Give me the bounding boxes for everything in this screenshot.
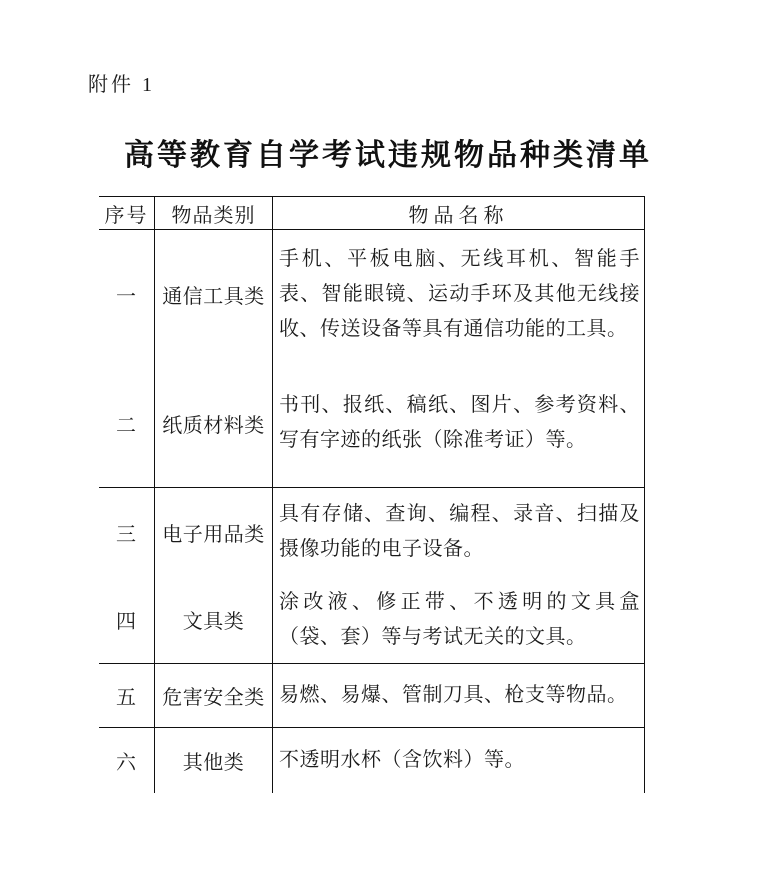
- row-serial-number-cell: 六: [99, 728, 155, 793]
- document-page: 附件 1 高等教育自学考试违规物品种类清单 序号 物品类别 物品名称 一 通信工…: [0, 0, 758, 886]
- row-category: 纸质材料类: [162, 409, 265, 438]
- table-row: 一 通信工具类 手机、平板电脑、无线耳机、智能手表、智能眼镜、运动手环及其他无线…: [99, 230, 644, 359]
- row-serial-number-cell: 二: [99, 359, 155, 487]
- row-serial-number: 二: [116, 409, 137, 438]
- row-items-cell: 手机、平板电脑、无线耳机、智能手表、智能眼镜、运动手环及其他无线接收、传送设备等…: [273, 230, 644, 359]
- row-items-cell: 书刊、报纸、稿纸、图片、参考资料、写有字迹的纸张（除准考证）等。: [273, 359, 644, 487]
- row-category: 文具类: [183, 605, 245, 634]
- row-serial-number: 三: [116, 518, 137, 547]
- row-items-cell: 具有存储、查询、编程、录音、扫描及摄像功能的电子设备。: [273, 488, 644, 576]
- row-category: 危害安全类: [162, 681, 265, 710]
- table-row: 三 电子用品类 具有存储、查询、编程、录音、扫描及摄像功能的电子设备。: [99, 488, 644, 576]
- row-serial-number: 一: [116, 280, 137, 309]
- table-row: 五 危害安全类 易燃、易爆、管制刀具、枪支等物品。: [99, 664, 644, 728]
- header-item-category: 物品类别: [155, 197, 273, 229]
- row-category-cell: 文具类: [155, 576, 273, 663]
- row-items-text: 涂改液、修正带、不透明的文具盒（袋、套）等与考试无关的文具。: [273, 585, 644, 655]
- row-category-cell: 危害安全类: [155, 664, 273, 727]
- row-items-text: 具有存储、查询、编程、录音、扫描及摄像功能的电子设备。: [273, 497, 644, 567]
- row-items-cell: 易燃、易爆、管制刀具、枪支等物品。: [273, 664, 644, 727]
- row-serial-number-cell: 三: [99, 488, 155, 576]
- row-serial-number-cell: 一: [99, 230, 155, 359]
- row-items-text: 手机、平板电脑、无线耳机、智能手表、智能眼镜、运动手环及其他无线接收、传送设备等…: [273, 242, 644, 347]
- table-header-row: 序号 物品类别 物品名称: [99, 197, 644, 230]
- row-category: 电子用品类: [162, 518, 265, 547]
- row-items-text: 易燃、易爆、管制刀具、枪支等物品。: [273, 678, 644, 713]
- table-row: 四 文具类 涂改液、修正带、不透明的文具盒（袋、套）等与考试无关的文具。: [99, 576, 644, 664]
- row-serial-number-cell: 四: [99, 576, 155, 663]
- prohibited-items-table: 序号 物品类别 物品名称 一 通信工具类 手机、平板电脑、无线耳机、智能手表、智…: [99, 196, 645, 793]
- row-serial-number-cell: 五: [99, 664, 155, 727]
- row-category-cell: 通信工具类: [155, 230, 273, 359]
- row-category: 其他类: [183, 746, 245, 775]
- row-serial-number: 五: [116, 681, 137, 710]
- header-item-name: 物品名称: [273, 197, 644, 229]
- row-category-cell: 其他类: [155, 728, 273, 793]
- table-row: 二 纸质材料类 书刊、报纸、稿纸、图片、参考资料、写有字迹的纸张（除准考证）等。: [99, 359, 644, 488]
- row-category: 通信工具类: [162, 280, 265, 309]
- header-serial-number: 序号: [99, 197, 155, 229]
- row-items-cell: 不透明水杯（含饮料）等。: [273, 728, 644, 793]
- row-category-cell: 纸质材料类: [155, 359, 273, 487]
- row-items-text: 书刊、报纸、稿纸、图片、参考资料、写有字迹的纸张（除准考证）等。: [273, 388, 644, 458]
- page-title: 高等教育自学考试违规物品种类清单: [30, 130, 746, 174]
- attachment-label: 附件 1: [88, 68, 155, 97]
- row-serial-number: 四: [116, 605, 137, 634]
- row-serial-number: 六: [116, 746, 137, 775]
- row-items-cell: 涂改液、修正带、不透明的文具盒（袋、套）等与考试无关的文具。: [273, 576, 644, 663]
- row-items-text: 不透明水杯（含饮料）等。: [273, 743, 644, 778]
- row-category-cell: 电子用品类: [155, 488, 273, 576]
- table-row: 六 其他类 不透明水杯（含饮料）等。: [99, 728, 644, 793]
